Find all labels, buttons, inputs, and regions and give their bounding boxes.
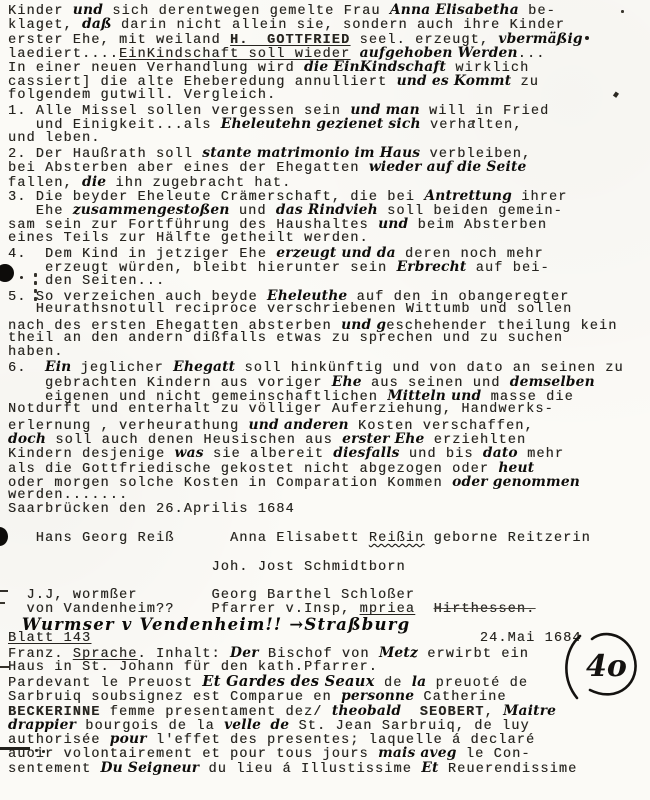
text-segment	[91, 631, 480, 646]
text-line: oder morgen solche Kosten in Comparation…	[8, 475, 648, 489]
text-segment: was	[175, 445, 204, 461]
text-line: Pardevant le Preuost Et Gardes des Seaux…	[8, 675, 648, 689]
margin-dash	[0, 747, 30, 750]
text-line: klaget, daß darin nicht allein sie, sond…	[8, 17, 648, 31]
text-line: authorisée pour l'effet des presentes; l…	[8, 732, 648, 746]
text-line: Hans Georg Reiß Anna Elisabett Reißin ge…	[8, 532, 648, 546]
text-segment: Saarbrücken den 26.Aprilis 1684	[8, 502, 295, 517]
text-segment: und leben.	[8, 131, 101, 146]
text-segment: zu	[511, 75, 539, 90]
text-line: cassiert] die alte Eheberedung annullier…	[8, 74, 648, 88]
text-line: und Einigkeit...als Eheleutehn gezienet …	[8, 117, 648, 131]
text-segment: Maitre	[503, 703, 556, 719]
text-line: Kindern desjenige was sie albereit diesf…	[8, 446, 648, 460]
text-line: sentement Du Seigneur du lieu á Illustis…	[8, 761, 648, 775]
text-line: fallen, die ihn zugebracht hat.	[8, 175, 648, 189]
text-line	[8, 546, 648, 560]
text-segment: den Seiten...	[8, 274, 165, 289]
margin-dash	[0, 666, 9, 668]
text-segment: und bis	[400, 447, 483, 462]
text-segment: velle	[224, 717, 261, 733]
text-line: doch soll auch denen Heusischen aus erst…	[8, 432, 648, 446]
text-line: gebrachten Kindern aus voriger Ehe aus s…	[8, 375, 648, 389]
text-segment: haben.	[8, 345, 64, 360]
text-segment: diesfalls	[333, 445, 399, 461]
text-segment: auf bei-	[466, 261, 549, 276]
text-segment: Heurathsnotull reciproce verschriebenen …	[8, 302, 572, 317]
margin-dash	[0, 602, 5, 604]
text-segment: Du Seigneur	[101, 760, 200, 776]
text-segment: sie albereit	[204, 447, 334, 462]
text-segment: pour	[110, 731, 147, 747]
text-line: BECKERINNE femme presentament dez/ theob…	[8, 704, 648, 718]
text-segment: sentement	[8, 762, 101, 777]
circled-number-text: 4o	[586, 649, 627, 684]
text-segment: mais aveg	[378, 745, 457, 761]
text-segment: erwirbt ein	[418, 647, 529, 662]
text-line: Franz. Sprache. Inhalt: Der Bischof von …	[8, 646, 648, 660]
text-segment: Eheleutehn gezienet sich	[221, 116, 421, 132]
text-line: bei Absterben aber eines der Ehegatten w…	[8, 160, 648, 174]
paper-speck	[621, 10, 624, 13]
text-line: Kinder und sich derentwegen gemelte Frau…	[8, 3, 648, 17]
text-segment: oder genommen	[452, 474, 580, 490]
text-segment: wieder auf die Seite	[369, 159, 527, 175]
text-line: folgendem gutwill. Vergleich.	[8, 89, 648, 103]
text-segment: Hirthessen.	[434, 602, 536, 617]
text-segment: du lieu á Illustissime	[199, 762, 421, 777]
paper-speck	[472, 120, 475, 123]
text-line	[8, 575, 648, 589]
text-line: erzeugt würden, bleibt hierunter sein Er…	[8, 260, 648, 274]
scanned-document-page: Kinder und sich derentwegen gemelte Frau…	[0, 0, 650, 800]
text-segment: Antrettung	[424, 188, 512, 204]
text-segment: erzeugt und da	[276, 245, 395, 261]
text-segment: und	[378, 216, 408, 232]
text-line: Heurathsnotull reciproce verschriebenen …	[8, 303, 648, 317]
text-segment: Ehegatt	[173, 359, 235, 375]
text-line: 4. Dem Kind in jetziger Ehe erzeugt und …	[8, 246, 648, 260]
text-line: Blatt 143 24.Mai 1684	[8, 632, 648, 646]
text-segment: Et	[421, 760, 438, 776]
text-line: auoir volontairement et pour tous jours …	[8, 746, 648, 760]
text-line: Notdurft und enterhalt zu völliger Aufer…	[8, 403, 648, 417]
text-segment: eines Teils zur Hälfte getheilt werden.	[8, 231, 369, 246]
hand-drawn-circle: 4o	[556, 620, 648, 708]
text-line: laediert....EinKindschaft soll wieder au…	[8, 46, 648, 60]
text-line: nach des ersten Ehegatten absterben und …	[8, 318, 648, 332]
text-segment: Erbrecht	[397, 259, 467, 275]
text-line: drappier bourgois de la velle de St. Jea…	[8, 718, 648, 732]
text-segment	[415, 602, 434, 617]
text-segment: die	[82, 174, 106, 190]
document-lines: Kinder und sich derentwegen gemelte Frau…	[8, 3, 648, 775]
text-segment: Kindern desjenige	[8, 447, 175, 462]
text-segment: und anderen	[249, 417, 349, 433]
text-segment: Anna Elisabett	[230, 531, 369, 546]
text-segment: Notdurft und enterhalt zu völliger Aufer…	[8, 402, 554, 417]
text-line: eines Teils zur Hälfte getheilt werden.	[8, 232, 648, 246]
text-segment: Hans Georg Reiß	[8, 531, 230, 546]
text-segment: theobald	[332, 703, 401, 719]
text-line: In einer neuen Verhandlung wird die EinK…	[8, 60, 648, 74]
text-segment: de	[270, 717, 289, 733]
text-segment: Reuerendissime	[439, 762, 578, 777]
text-line	[8, 518, 648, 532]
text-segment: folgendem gutwill. Vergleich.	[8, 88, 276, 103]
text-line: werden.......	[8, 489, 648, 503]
text-segment: J.J, wormßer Georg Barthel Schloßer	[8, 588, 415, 603]
ink-speck	[42, 750, 45, 753]
text-line: 6. Ein jeglicher Ehegatt soll hinkünftig…	[8, 360, 648, 374]
text-segment: Joh. Jost Schmidtborn	[8, 560, 406, 575]
text-segment: theil an den andern dißfalls etwas zu sp…	[8, 331, 563, 346]
text-segment: Blatt 143	[8, 631, 91, 646]
text-line: Wurmser v Vendenheim!! →Straßburg	[8, 618, 648, 632]
text-line: 5. So verzeichen auch beyde Eheleuthe au…	[8, 289, 648, 303]
text-segment: Ehe	[332, 374, 362, 390]
text-segment: geborne Reitzerin	[424, 531, 591, 546]
text-segment: doch	[8, 431, 46, 447]
text-line: eigenen und nicht gemeinschaftlichen Mit…	[8, 389, 648, 403]
ink-speck	[35, 749, 38, 752]
text-line: den Seiten...	[8, 275, 648, 289]
text-segment: demselben	[510, 374, 595, 390]
text-segment: zusammengestoßen	[73, 202, 230, 218]
text-line: und leben.	[8, 132, 648, 146]
ink-blot-small	[0, 527, 8, 546]
text-segment: Metz	[379, 645, 418, 661]
text-line: Joh. Jost Schmidtborn	[8, 561, 648, 575]
text-segment: beim Absterben	[408, 218, 547, 233]
text-segment: werden.......	[8, 488, 128, 503]
paper-speck	[585, 36, 589, 40]
text-line: 1. Alle Missel sollen vergessen sein und…	[8, 103, 648, 117]
text-line: theil an den andern dißfalls etwas zu sp…	[8, 332, 648, 346]
text-line: Saarbrücken den 26.Aprilis 1684	[8, 503, 648, 517]
text-segment: das Rindvieh	[276, 202, 378, 218]
text-segment: daß	[82, 16, 112, 32]
margin-dash	[0, 590, 8, 592]
text-line: 2. Der Haußrath soll stante matrimonio i…	[8, 146, 648, 160]
text-segment: Ein	[45, 359, 71, 375]
text-segment: drappier	[8, 717, 76, 733]
text-line: erlernung , verheurathung und anderen Ko…	[8, 418, 648, 432]
text-line: erster Ehe, mit weiland H. GOTTFRIED see…	[8, 32, 648, 46]
ink-speck	[20, 276, 23, 279]
text-line: J.J, wormßer Georg Barthel Schloßer	[8, 589, 648, 603]
text-line: Ehe zusammengestoßen und das Rindvieh so…	[8, 203, 648, 217]
text-segment: Reißin	[369, 531, 425, 546]
text-segment: Anna Elisabetha	[390, 2, 519, 18]
text-line: sam sein zur Fortführung des Haushaltes …	[8, 217, 648, 231]
circled-number-annotation: 4o	[556, 620, 648, 708]
text-line: Sarbruiq soubsignez est Comparue en pers…	[8, 689, 648, 703]
text-segment: und es Kommt	[397, 73, 512, 89]
text-line: als die Gottfriedische gekostet nicht ab…	[8, 461, 648, 475]
text-line: 3. Die beyder Eheleute Crämerschaft, die…	[8, 189, 648, 203]
text-line: haben.	[8, 346, 648, 360]
